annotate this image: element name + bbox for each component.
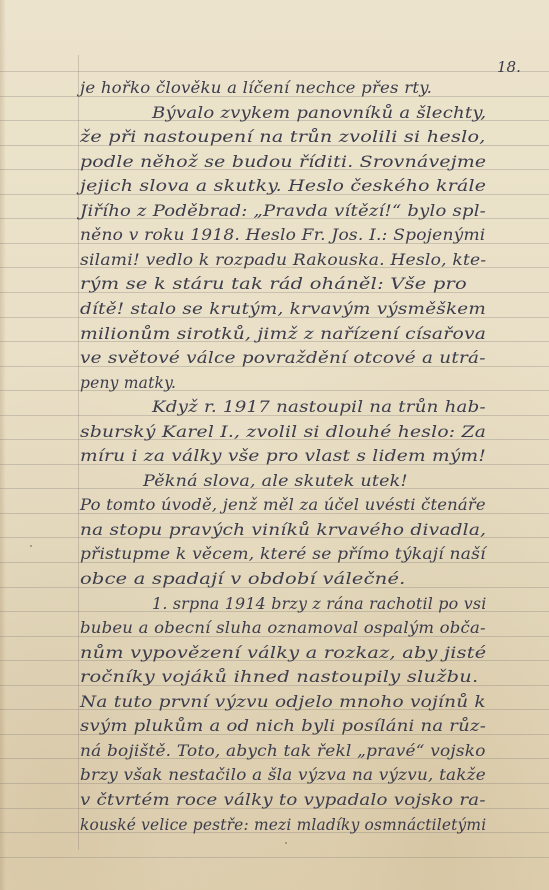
text-line: Na tuto první výzvu odjelo mnoho vojínů … <box>80 693 486 711</box>
text-line: silami! vedlo k rozpadu Rakouska. Heslo,… <box>80 251 486 269</box>
manuscript-page: 18. je hořko člověku a líčení nechce pře… <box>0 0 549 890</box>
text-line: míru i za války vše pro vlast s lidem mý… <box>80 447 486 465</box>
ink-speck <box>285 842 287 844</box>
text-line: brzy však nestačilo a šla výzva na výzvu… <box>80 766 486 784</box>
text-line: Bývalo zvykem panovníků a šlechty, <box>152 104 486 122</box>
text-line: Po tomto úvodě, jenž měl za účel uvésti … <box>80 496 486 514</box>
text-line: rým se k stáru tak rád oháněl: Vše pro <box>80 275 467 293</box>
text-line: obce a spadají v období válečné. <box>80 570 406 588</box>
text-line: kouské velice pestře: mezi mladíky osmná… <box>80 816 486 834</box>
text-line: je hořko člověku a líčení nechce přes rt… <box>80 79 432 97</box>
text-line: ná bojiště. Toto, abych tak řekl „pravé“… <box>80 742 486 760</box>
text-line: bubeu a obecní sluha oznamoval ospalým o… <box>80 619 486 637</box>
text-line: že při nastoupení na trůn zvolili si hes… <box>80 128 486 146</box>
page-number: 18. <box>497 58 521 76</box>
text-line: na stopu pravých viníků krvavého divadla… <box>80 521 486 539</box>
text-line: 1. srpna 1914 brzy z rána rachotil po vs… <box>152 595 487 613</box>
text-line: nům vypovězení války a rozkaz, aby jisté <box>80 644 486 662</box>
margin-line <box>78 55 79 850</box>
ruled-line <box>0 857 549 858</box>
text-line: Pěkná slova, ale skutek utek! <box>143 472 408 490</box>
page-edge-shadow <box>0 0 6 890</box>
text-line: peny matky. <box>80 374 176 392</box>
text-line: jejich slova a skutky. Heslo českého krá… <box>80 177 486 195</box>
text-line: ve světové válce povraždění otcové a utr… <box>80 349 486 367</box>
text-line: v čtvrtém roce války to vypadalo vojsko … <box>80 791 486 809</box>
text-line: přistupme k věcem, které se přímo týkají… <box>80 545 486 563</box>
text-line: něno v roku 1918. Heslo Fr. Jos. I.: Spo… <box>80 226 485 244</box>
text-line: svým plukům a od nich byli posíláni na r… <box>80 717 486 735</box>
text-line: podle něhož se budou říditi. Srovnávejme <box>80 153 486 171</box>
ink-speck <box>30 545 32 547</box>
text-line: ročníky vojáků ihned nastoupily službu. <box>80 668 478 686</box>
text-line: dítě! stalo se krutým, krvavým výsměškem <box>80 300 486 318</box>
ruled-line <box>0 71 549 72</box>
text-line: Když r. 1917 nastoupil na trůn hab- <box>152 398 486 416</box>
text-line: Jiřího z Poděbrad: „Pravda vítězí!“ bylo… <box>80 202 486 220</box>
text-line: milionům sirotků, jimž z nařízení císařo… <box>80 325 486 343</box>
text-line: sburský Karel I., zvolil si dlouhé heslo… <box>80 423 486 441</box>
